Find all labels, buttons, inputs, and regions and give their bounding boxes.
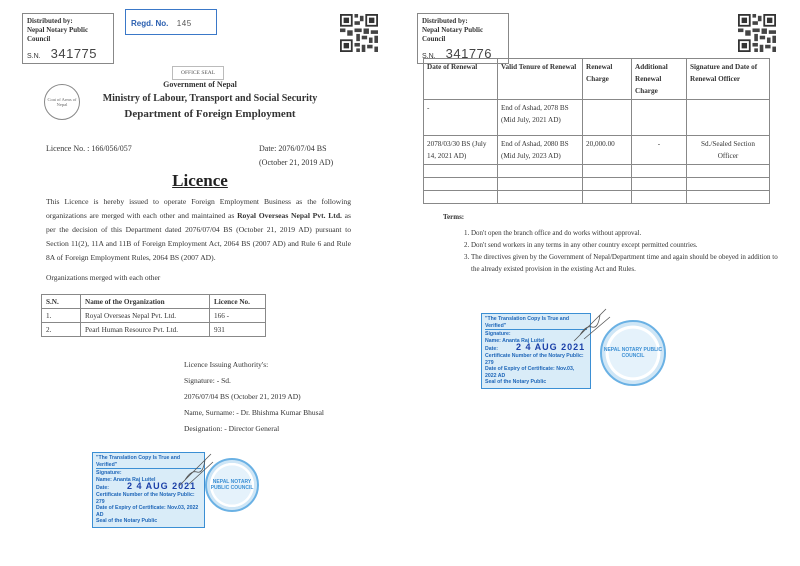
authority-heading: Licence Issuing Authority's: bbox=[184, 357, 324, 373]
cell-signature bbox=[687, 165, 770, 178]
table-row: 2078/03/30 BS (July 14, 2021 AD) End of … bbox=[424, 136, 770, 165]
header-licence-no: Licence No. bbox=[210, 295, 266, 309]
cell-date bbox=[424, 178, 498, 191]
term-item: Don't send workers in any terms in any o… bbox=[471, 239, 788, 251]
company-name: Royal Overseas Nepal Pvt. Ltd. bbox=[237, 211, 342, 220]
stamp-date-label: Date: bbox=[485, 346, 498, 352]
stamp-seal-label: Seal of the Notary Public bbox=[96, 518, 201, 525]
cell-tenure: End of Ashad, 2078 BS (Mid July, 2021 AD… bbox=[498, 100, 583, 136]
department-heading: Department of Foreign Employment bbox=[60, 108, 360, 120]
licence-page-back: Distributed by: Nepal Notary Public Coun… bbox=[400, 0, 800, 566]
distributed-by-box: Distributed by: Nepal Notary Public Coun… bbox=[417, 13, 509, 64]
cell-tenure: End of Ashad, 2080 BS (Mid July, 2023 AD… bbox=[498, 136, 583, 165]
table-row: 2. Pearl Human Resource Pvt. Ltd. 931 bbox=[42, 323, 266, 337]
registration-number-box: Regd. No. 145 bbox=[125, 9, 217, 35]
table-header-row: S.N. Name of the Organization Licence No… bbox=[42, 295, 266, 309]
issuing-authority-block: Licence Issuing Authority's: Signature: … bbox=[184, 357, 324, 437]
distributor-name: Nepal Notary Public Council bbox=[422, 26, 504, 44]
cell-org-name: Royal Overseas Nepal Pvt. Ltd. bbox=[81, 309, 210, 323]
authority-name: Name, Surname: - Dr. Bhishma Kumar Bhusa… bbox=[184, 405, 324, 421]
cell-tenure bbox=[498, 191, 583, 204]
cell-signature: Sd./Sealed Section Officer bbox=[687, 136, 770, 165]
distributed-by-box: Distributed by: Nepal Notary Public Coun… bbox=[22, 13, 114, 64]
term-item: The directives given by the Government o… bbox=[471, 251, 788, 275]
cell-sn: 2. bbox=[42, 323, 81, 337]
cell-charge bbox=[583, 165, 632, 178]
header-additional-charge: Additional Renewal Charge bbox=[632, 59, 687, 100]
cell-date: - bbox=[424, 100, 498, 136]
cell-signature bbox=[687, 178, 770, 191]
stamp-date-label: Date: bbox=[96, 485, 109, 491]
cell-additional bbox=[632, 100, 687, 136]
cell-licence-no: 931 bbox=[210, 323, 266, 337]
cell-tenure bbox=[498, 178, 583, 191]
terms-heading: Terms: bbox=[443, 211, 788, 223]
cell-tenure bbox=[498, 165, 583, 178]
cell-date bbox=[424, 165, 498, 178]
table-header-row: Date of Renewal Valid Tenure of Renewal … bbox=[424, 59, 770, 100]
notary-round-seal: NEPAL NOTARY PUBLIC COUNCIL bbox=[205, 458, 259, 512]
term-item: Don't open the branch office and do work… bbox=[471, 227, 788, 239]
header-renewal-charge: Renewal Charge bbox=[583, 59, 632, 100]
cell-additional bbox=[632, 165, 687, 178]
stamp-seal-label: Seal of the Notary Public bbox=[485, 379, 587, 386]
organizations-table: S.N. Name of the Organization Licence No… bbox=[41, 294, 266, 337]
qr-code-icon bbox=[340, 14, 378, 52]
ministry-heading: Ministry of Labour, Transport and Social… bbox=[60, 93, 360, 104]
regd-label: Regd. No. bbox=[131, 19, 168, 28]
cell-org-name: Pearl Human Resource Pvt. Ltd. bbox=[81, 323, 210, 337]
cell-licence-no: 166 - bbox=[210, 309, 266, 323]
qr-code-icon bbox=[738, 14, 776, 52]
header-org-name: Name of the Organization bbox=[81, 295, 210, 309]
licence-number: Licence No. : 166/056/057 bbox=[46, 143, 132, 155]
cell-date bbox=[424, 191, 498, 204]
header-date-of-renewal: Date of Renewal bbox=[424, 59, 498, 100]
issue-date-bs: Date: 2076/07/04 BS bbox=[259, 143, 327, 155]
cell-additional bbox=[632, 178, 687, 191]
regd-value: 145 bbox=[177, 19, 192, 28]
header-valid-tenure: Valid Tenure of Renewal bbox=[498, 59, 583, 100]
cell-date: 2078/03/30 BS (July 14, 2021 AD) bbox=[424, 136, 498, 165]
cell-signature bbox=[687, 100, 770, 136]
serial-label: S.N. bbox=[27, 52, 41, 61]
cell-charge bbox=[583, 178, 632, 191]
cell-sn: 1. bbox=[42, 309, 81, 323]
renewal-table: Date of Renewal Valid Tenure of Renewal … bbox=[423, 58, 770, 204]
table-row bbox=[424, 178, 770, 191]
organizations-caption: Organizations merged with each other bbox=[46, 272, 160, 284]
serial-number: S.N. 341775 bbox=[27, 49, 109, 61]
terms-section: Terms: Don't open the branch office and … bbox=[443, 211, 788, 275]
serial-value: 341776 bbox=[446, 49, 492, 58]
authority-designation: Designation: - Director General bbox=[184, 421, 324, 437]
cell-additional: - bbox=[632, 136, 687, 165]
stamp-cert-number: Certificate Number of the Notary Public:… bbox=[485, 353, 587, 366]
authority-signature: Signature: - Sd. bbox=[184, 373, 324, 389]
header-sn: S.N. bbox=[42, 295, 81, 309]
stamp-expiry: Date of Expiry of Certificate: Nov.03, 2… bbox=[485, 366, 587, 379]
document-title: Licence bbox=[0, 171, 400, 191]
cell-charge: 20,000.00 bbox=[583, 136, 632, 165]
government-heading: Government of Nepal bbox=[0, 80, 400, 89]
licence-body-text: This Licence is hereby issued to operate… bbox=[46, 195, 351, 265]
table-row: - End of Ashad, 2078 BS (Mid July, 2021 … bbox=[424, 100, 770, 136]
distributed-by-label: Distributed by: bbox=[422, 17, 504, 26]
issue-date-ad: (October 21, 2019 AD) bbox=[259, 157, 333, 169]
distributor-name: Nepal Notary Public Council bbox=[27, 26, 109, 44]
distributed-by-label: Distributed by: bbox=[27, 17, 109, 26]
authority-date: 2076/07/04 BS (October 21, 2019 AD) bbox=[184, 389, 324, 405]
serial-value: 341775 bbox=[51, 49, 97, 58]
table-row: 1. Royal Overseas Nepal Pvt. Ltd. 166 - bbox=[42, 309, 266, 323]
header-signature-officer: Signature and Date of Renewal Officer bbox=[687, 59, 770, 100]
cell-charge bbox=[583, 100, 632, 136]
office-seal-label: OFFICE SEAL bbox=[172, 66, 224, 80]
notary-round-seal: NEPAL NOTARY PUBLIC COUNCIL bbox=[600, 320, 666, 386]
cell-additional bbox=[632, 191, 687, 204]
licence-page-front: Distributed by: Nepal Notary Public Coun… bbox=[0, 0, 400, 566]
stamp-cert-number: Certificate Number of the Notary Public:… bbox=[96, 492, 201, 505]
table-row bbox=[424, 165, 770, 178]
terms-list: Don't open the branch office and do work… bbox=[443, 227, 788, 275]
stamp-expiry: Date of Expiry of Certificate: Nov.03, 2… bbox=[96, 505, 201, 518]
table-row bbox=[424, 191, 770, 204]
cell-signature bbox=[687, 191, 770, 204]
cell-charge bbox=[583, 191, 632, 204]
